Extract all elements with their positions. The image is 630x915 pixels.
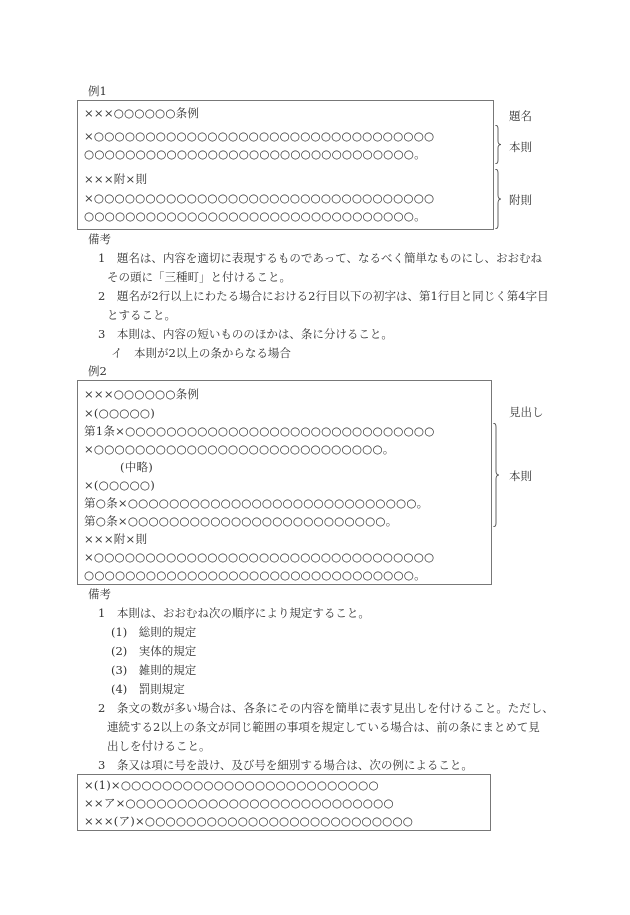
example2-supplementary-title: ×××附×則 — [84, 534, 147, 546]
note-item: 1 題名は、内容を適切に表現するものであって、なるべく簡単なものにし、おおむね — [98, 253, 542, 265]
example2-omitted: (中略) — [120, 462, 153, 474]
note-item-continuation: 連続する2以上の条文が同じ範囲の事項を規定している場合は、前の条にまとめて見 — [107, 722, 540, 734]
example2-article-line: ×○○○○○○○○○○○○○○○○○○○○○○○○○○○○。 — [84, 444, 395, 456]
note-subitem: イ 本則が2以上の条からなる場合 — [111, 348, 291, 360]
notes2-heading: 備考 — [88, 589, 111, 601]
note-item-continuation: 出しを付けること。 — [107, 741, 211, 753]
example1-supplementary-title: ×××附×則 — [84, 174, 147, 186]
example3-line: ×××(ア)×○○○○○○○○○○○○○○○○○○○○○○○○○○ — [84, 816, 413, 828]
note-item-continuation: とすること。 — [107, 310, 176, 322]
label-main: 本則 — [509, 139, 532, 155]
example2-supplementary-line: ○○○○○○○○○○○○○○○○○○○○○○○○○○○○○○○○。 — [84, 570, 426, 582]
example1-body-line: ×○○○○○○○○○○○○○○○○○○○○○○○○○○○○○○○○○ — [84, 131, 434, 143]
example3-box: ×(1)×○○○○○○○○○○○○○○○○○○○○○○○○○ ××ア×○○○○○… — [77, 774, 491, 831]
brace-icon — [492, 423, 500, 527]
note-item: 2 条文の数が多い場合は、各条にその内容を簡単に表す見出しを付けること。ただし、 — [98, 703, 554, 715]
note-item: 1 本則は、おおむね次の順序により規定すること。 — [98, 608, 370, 620]
note-item: 2 題名が2行以上にわたる場合における2行目以下の初字は、第1行目と同じく第4字… — [98, 291, 549, 303]
example2-supplementary-line: ×○○○○○○○○○○○○○○○○○○○○○○○○○○○○○○○○○ — [84, 552, 434, 564]
example2-article-line: 第○条×○○○○○○○○○○○○○○○○○○○○○○○○○。 — [84, 516, 398, 528]
example2-article-line: 第1条×○○○○○○○○○○○○○○○○○○○○○○○○○○○○○○ — [84, 426, 435, 438]
example1-supplementary-line: ○○○○○○○○○○○○○○○○○○○○○○○○○○○○○○○○。 — [84, 211, 426, 223]
note-item: 3 本則は、内容の短いもののほかは、条に分けること。 — [98, 329, 393, 341]
label-title: 題名 — [509, 108, 532, 124]
brace-icon — [494, 169, 502, 229]
example1-heading: 例1 — [88, 86, 107, 98]
example1-title-line: ×××○○○○○○条例 — [84, 108, 199, 120]
note-item-continuation: その頭に「三種町」と付けること。 — [107, 272, 291, 284]
example1-supplementary-line: ×○○○○○○○○○○○○○○○○○○○○○○○○○○○○○○○○○ — [84, 193, 434, 205]
example3-line: ×(1)×○○○○○○○○○○○○○○○○○○○○○○○○○ — [84, 780, 379, 792]
example1-box: ×××○○○○○○条例 ×○○○○○○○○○○○○○○○○○○○○○○○○○○○… — [77, 100, 494, 230]
example2-caption-line: ×(○○○○○) — [84, 408, 155, 420]
order-item: (4) 罰則規定 — [111, 684, 185, 696]
brace-icon — [494, 125, 502, 164]
order-item: (3) 雑則的規定 — [111, 665, 196, 677]
example2-caption-line: ×(○○○○○) — [84, 480, 155, 492]
label-main: 本則 — [509, 468, 532, 484]
example1-body-line: ○○○○○○○○○○○○○○○○○○○○○○○○○○○○○○○○。 — [84, 149, 426, 161]
label-heading: 見出し — [509, 404, 544, 420]
order-item: (1) 総則的規定 — [111, 627, 196, 639]
example3-line: ××ア×○○○○○○○○○○○○○○○○○○○○○○○○○○ — [84, 798, 394, 810]
label-supplementary: 附則 — [509, 192, 532, 208]
example2-box: ×××○○○○○○条例 ×(○○○○○) 第1条×○○○○○○○○○○○○○○○… — [77, 380, 492, 585]
example2-title-line: ×××○○○○○○条例 — [84, 389, 199, 401]
example2-heading: 例2 — [88, 366, 107, 378]
note-item: 3 条又は項に号を設け、及び号を細別する場合は、次の例によること。 — [98, 760, 473, 772]
example2-article-line: 第○条×○○○○○○○○○○○○○○○○○○○○○○○○○○○○。 — [84, 498, 428, 510]
order-item: (2) 実体的規定 — [111, 646, 196, 658]
notes1-heading: 備考 — [88, 234, 111, 246]
